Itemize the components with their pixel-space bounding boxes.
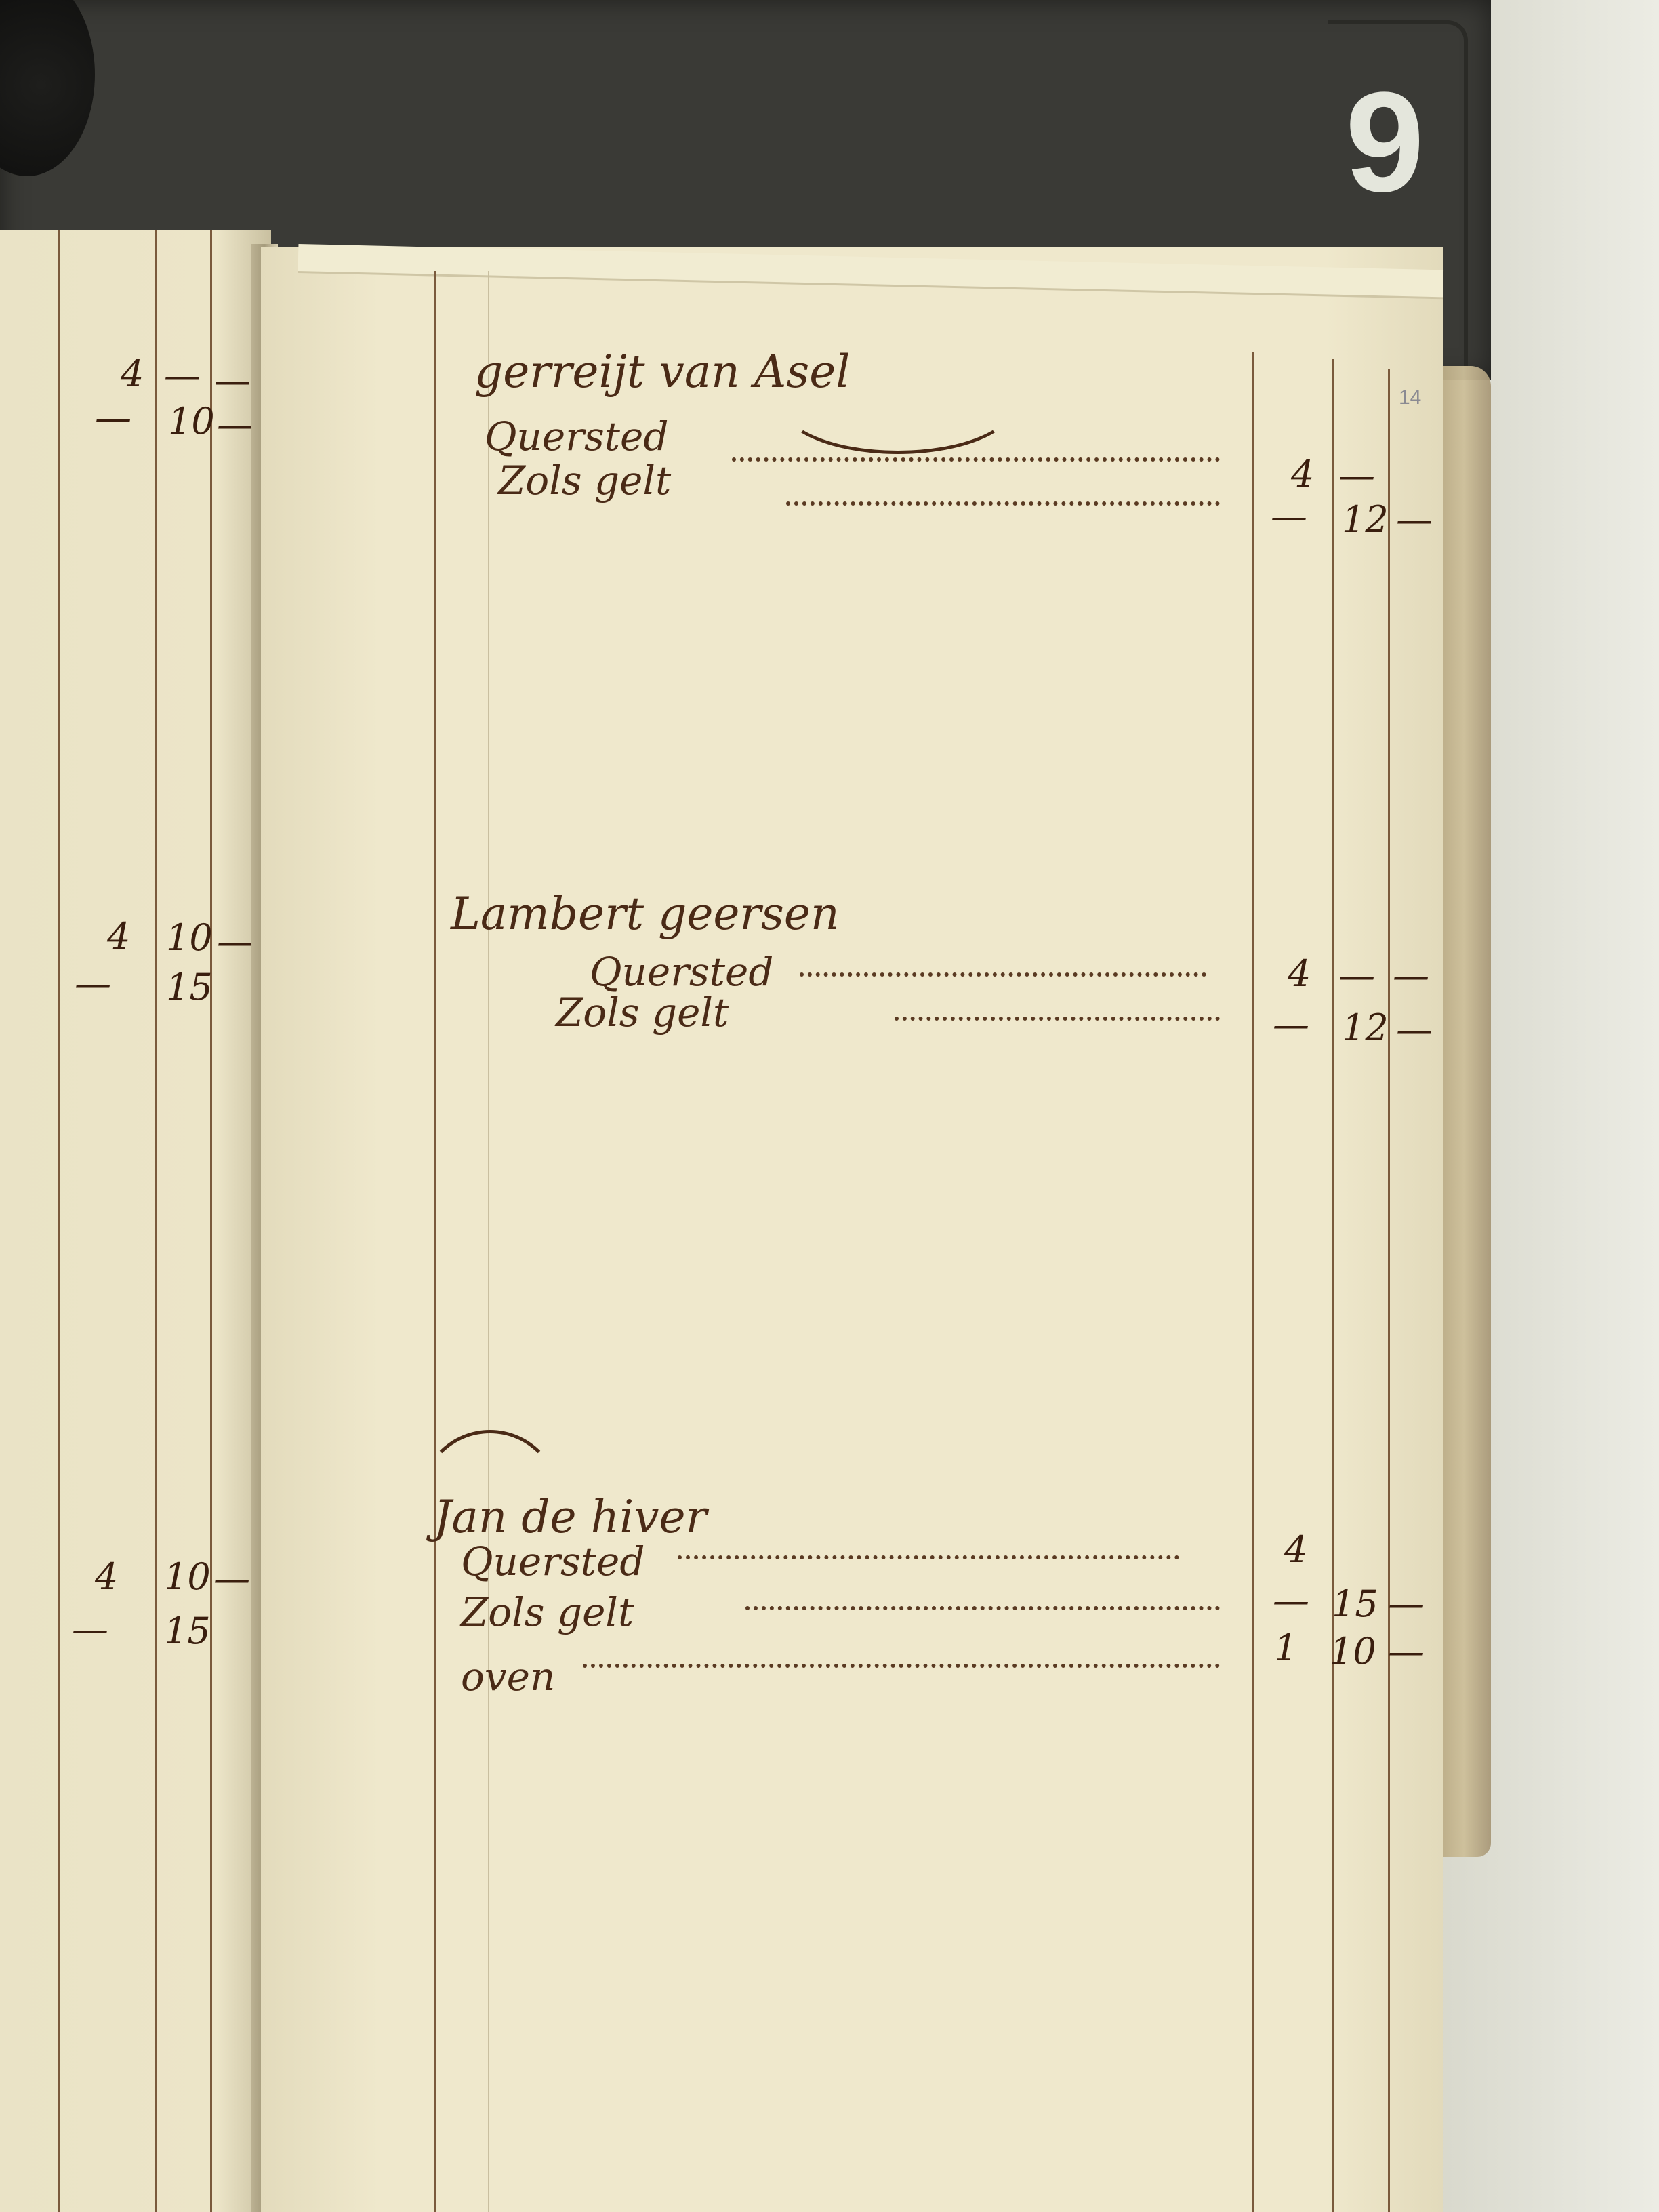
entry-1-item-2-penningen: — [1396,498,1433,541]
left-row-2-penningen: — [217,403,253,446]
entry-2-item-1-leader [800,972,1206,977]
left-column-rule-2 [210,230,212,2212]
entry-3-item-2-label: Zols gelt [461,1589,634,1635]
entry-2-item-2-leader [895,1017,1220,1021]
entry-2-item-2-guilders: — [1273,1003,1309,1046]
amount-column-rule-1 [1252,352,1254,2212]
left-row-6-stuivers: 15 [164,1610,211,1652]
entry-1-item-1-stuivers: — [1338,454,1375,497]
entry-2-item-1-stuivers: — [1338,954,1375,997]
entry-1-item-1-leader [732,457,1220,462]
entry-3-item-3-penningen: — [1388,1630,1425,1673]
entry-3-item-3-leader [583,1664,1220,1668]
left-page: 4 — — — 10 — 4 10 — — 15 4 10 — — 15 [0,230,271,2212]
left-row-3-guilders: 4 [107,915,130,958]
left-column-rule-1 [155,230,157,2212]
entry-3-name: Jan de hiver [434,1491,707,1543]
entry-3-item-1-guilders: 4 [1284,1528,1307,1571]
entry-3-item-2-stuivers: 15 [1332,1582,1378,1625]
entry-3-item-1-leader [678,1555,1179,1559]
entry-2-item-2-label: Zols gelt [556,989,729,1036]
entry-3-item-3-stuivers: 10 [1330,1630,1376,1673]
amount-column-rule-2 [1332,359,1334,2212]
entry-1-item-1-label: Quersted [485,413,668,459]
entry-2-name: Lambert geersen [451,888,839,940]
folio-number-badge: 9 [1345,71,1425,213]
entry-3-item-3-guilders: 1 [1274,1626,1297,1669]
left-row-2-guilders: — [95,396,131,439]
entry-2-item-1-label: Quersted [590,949,773,995]
left-row-2-stuivers: 10 [168,400,215,443]
entry-1-item-2-label: Zols gelt [498,457,671,504]
entry-1-item-1-guilders: 4 [1291,453,1314,495]
left-row-3-stuivers: 10 [166,916,213,959]
entry-2-item-1-penningen: — [1393,954,1429,997]
entry-2-item-1-guilders: 4 [1288,952,1311,995]
left-row-6-guilders: — [72,1607,108,1650]
left-row-5-stuivers: 10 [164,1555,211,1598]
right-margin-rule [434,271,436,2212]
entry-3-item-1-label: Quersted [461,1538,644,1584]
entry-3-item-2-guilders: — [1273,1579,1309,1622]
entry-1-item-2-guilders: — [1271,495,1307,537]
left-row-1-stuivers: — [164,354,201,396]
entry-1-item-2-leader [786,501,1220,506]
left-row-5-penningen: — [213,1557,250,1600]
left-row-1-guilders: 4 [121,352,144,395]
entry-2-item-2-penningen: — [1396,1008,1433,1051]
left-row-4-guilders: — [75,962,111,1005]
clip-knob [0,0,95,176]
entry-3-item-2-penningen: — [1388,1582,1425,1625]
entry-1-flourish [779,352,1017,454]
right-faint-rule [488,271,489,2212]
left-row-5-guilders: 4 [95,1555,118,1598]
entry-2-item-2-stuivers: 12 [1342,1006,1389,1049]
left-margin-rule [58,230,60,2212]
left-row-3-penningen: — [217,920,253,963]
amount-column-rule-3 [1388,369,1390,2212]
left-row-4-stuivers: 15 [166,966,213,1008]
left-row-1-penningen: — [214,359,251,402]
torn-page-edge [1437,366,1491,1857]
page-number: 14 [1399,386,1421,409]
right-page [261,247,1443,2212]
entry-3-item-3-label: oven [461,1654,555,1700]
entry-1-item-2-stuivers: 12 [1342,498,1389,541]
entry-3-item-2-leader [745,1606,1220,1610]
